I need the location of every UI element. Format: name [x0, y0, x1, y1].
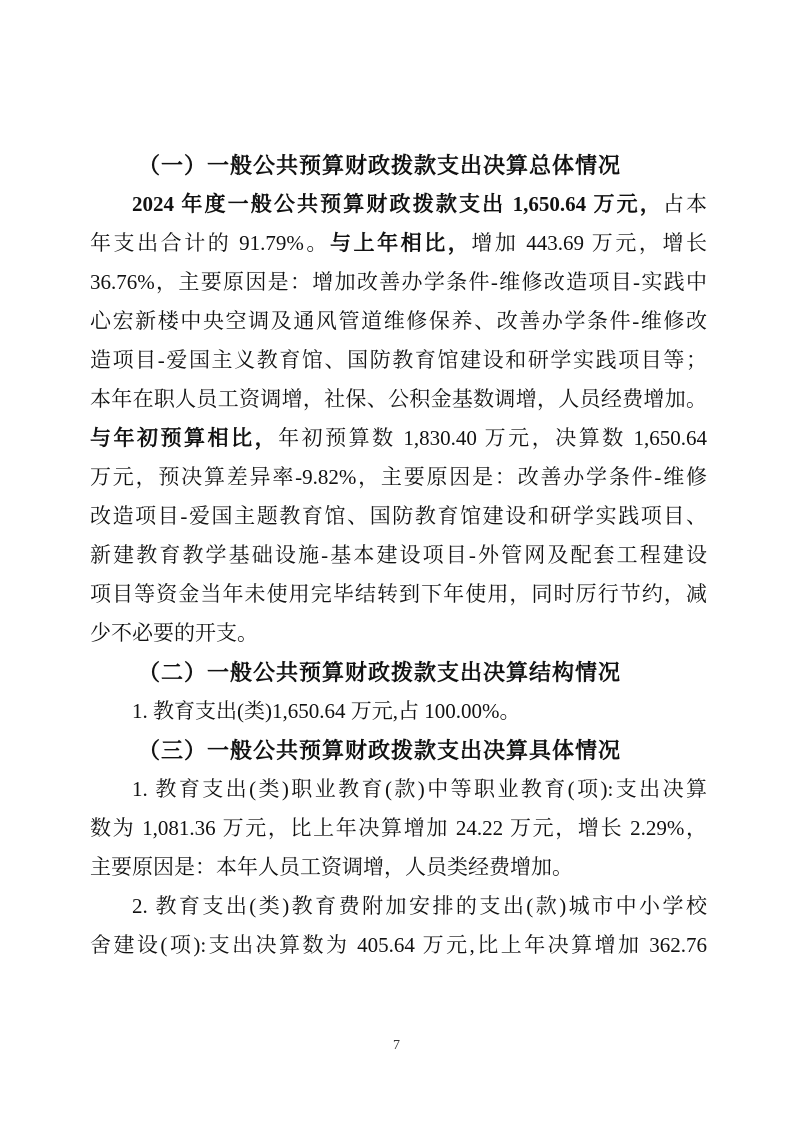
- paragraph-line: 1. 教育支出(类)1,650.64 万元,占 100.00%。: [90, 692, 707, 731]
- paragraph-line: 2024 年度一般公共预算财政拨款支出 1,650.64 万元，占本: [90, 185, 707, 224]
- paragraph-line: 与年初预算相比，年初预算数 1,830.40 万元，决算数 1,650.64: [90, 419, 707, 458]
- document-page: （一）一般公共预算财政拨款支出决算总体情况 2024 年度一般公共预算财政拨款支…: [0, 0, 793, 1122]
- text-segment: 与上年相比，: [330, 231, 471, 255]
- page-number: 7: [0, 1036, 793, 1056]
- paragraph-line: 数为 1,081.36 万元，比上年决算增加 24.22 万元，增长 2.29%…: [90, 809, 707, 848]
- paragraph-line: 2. 教育支出(类)教育费附加安排的支出(款)城市中小学校: [90, 887, 707, 926]
- text-segment: 与年初预算相比，: [90, 426, 278, 450]
- section-heading-2: （二）一般公共预算财政拨款支出决算结构情况: [90, 653, 707, 692]
- text-segment: 占本: [663, 192, 707, 216]
- section-heading-3: （三）一般公共预算财政拨款支出决算具体情况: [90, 731, 707, 770]
- paragraph-line: 1. 教育支出(类)职业教育(款)中等职业教育(项):支出决算: [90, 770, 707, 809]
- section-heading-1: （一）一般公共预算财政拨款支出决算总体情况: [90, 146, 707, 185]
- paragraph-line: 新建教育教学基础设施-基本建设项目-外管网及配套工程建设: [90, 536, 707, 575]
- paragraph-line: 项目等资金当年未使用完毕结转到下年使用，同时厉行节约，减: [90, 575, 707, 614]
- paragraph-line: 造项目-爱国主义教育馆、国防教育馆建设和研学实践项目等；: [90, 341, 707, 380]
- paragraph-line: 本年在职人员工资调增，社保、公积金基数调增，人员经费增加。: [90, 380, 707, 419]
- paragraph-line: 舍建设(项):支出决算数为 405.64 万元,比上年决算增加 362.76: [90, 926, 707, 965]
- paragraph-line: 年支出合计的 91.79%。与上年相比，增加 443.69 万元，增长: [90, 224, 707, 263]
- paragraph-line: 改造项目-爱国主题教育馆、国防教育馆建设和研学实践项目、: [90, 497, 707, 536]
- text-segment: 2024 年度一般公共预算财政拨款支出 1,650.64 万元，: [132, 192, 663, 216]
- paragraph-line: 主要原因是：本年人员工资调增，人员类经费增加。: [90, 848, 707, 887]
- text-segment: 年支出合计的 91.79%。: [90, 231, 330, 255]
- paragraph-line: 心宏新楼中央空调及通风管道维修保养、改善办学条件-维修改: [90, 302, 707, 341]
- paragraph-line: 36.76%，主要原因是：增加改善办学条件-维修改造项目-实践中: [90, 263, 707, 302]
- document-body: （一）一般公共预算财政拨款支出决算总体情况 2024 年度一般公共预算财政拨款支…: [90, 146, 707, 965]
- paragraph-line: 万元，预决算差异率-9.82%，主要原因是：改善办学条件-维修: [90, 458, 707, 497]
- paragraph-line: 少不必要的开支。: [90, 614, 707, 653]
- text-segment: 增加 443.69 万元，增长: [471, 231, 707, 255]
- text-segment: 年初预算数 1,830.40 万元，决算数 1,650.64: [278, 426, 707, 450]
